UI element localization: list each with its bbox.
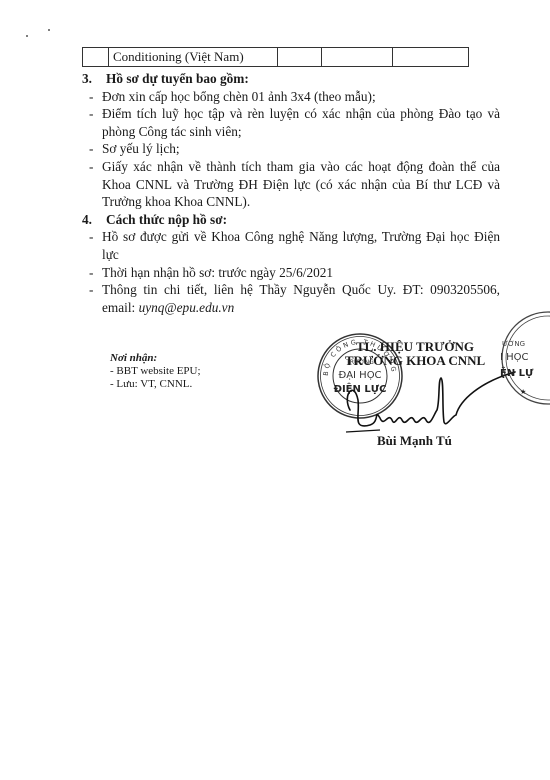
partial-stamp: ƯỜNG I HỌC ỆN LỰ ★ bbox=[500, 308, 550, 408]
stamp-line: ƯỜNG bbox=[502, 339, 525, 348]
table-cell bbox=[393, 48, 469, 67]
recipient-item: - BBT website EPU; bbox=[110, 365, 201, 378]
bullet-dash: - bbox=[82, 158, 102, 211]
table-fragment: Conditioning (Việt Nam) bbox=[82, 47, 469, 67]
bullet-dash: - bbox=[82, 88, 102, 106]
signer-name: Bùi Mạnh Tú bbox=[377, 433, 452, 449]
section-number: 3. bbox=[82, 70, 106, 88]
stamp-line: I HỌC bbox=[500, 352, 529, 363]
section-title: Cách thức nộp hồ sơ: bbox=[106, 211, 227, 229]
contact-email-link[interactable]: uynq@epu.edu.vn bbox=[139, 300, 235, 315]
list-item-text: Thời hạn nhận hồ sơ: trước ngày 25/6/202… bbox=[102, 264, 500, 282]
document-body: 3. Hồ sơ dự tuyển bao gồm: -Đơn xin cấp … bbox=[82, 70, 500, 316]
bullet-dash: - bbox=[82, 264, 102, 282]
list-item-text: Thông tin chi tiết, liên hệ Thầy Nguyễn … bbox=[102, 281, 500, 316]
recipient-item: - Lưu: VT, CNNL. bbox=[110, 378, 201, 391]
signature-block: TL. HIỆU TRƯỞNG TRƯỞNG KHOA CNNL bbox=[330, 340, 500, 368]
bullet-dash: - bbox=[82, 140, 102, 158]
list-item: -Điểm tích luỹ học tập và rèn luyện có x… bbox=[82, 105, 500, 140]
list-item: -Thời hạn nhận hồ sơ: trước ngày 25/6/20… bbox=[82, 264, 500, 282]
list-item: -Hồ sơ được gửi về Khoa Công nghệ Năng l… bbox=[82, 228, 500, 263]
star-icon: ★ bbox=[520, 388, 526, 396]
table-cell bbox=[83, 48, 109, 67]
table-cell bbox=[322, 48, 393, 67]
table-cell bbox=[278, 48, 322, 67]
scan-speck bbox=[26, 35, 28, 37]
list-item: -Thông tin chi tiết, liên hệ Thầy Nguyễn… bbox=[82, 281, 500, 316]
stamp-line: ỆN LỰ bbox=[500, 366, 534, 379]
table-row: Conditioning (Việt Nam) bbox=[83, 48, 469, 67]
list-item: -Sơ yếu lý lịch; bbox=[82, 140, 500, 158]
table-cell: Conditioning (Việt Nam) bbox=[109, 48, 278, 67]
list-item-text: Đơn xin cấp học bổng chèn 01 ảnh 3x4 (th… bbox=[102, 88, 500, 106]
section-number: 4. bbox=[82, 211, 106, 229]
section-title: Hồ sơ dự tuyển bao gồm: bbox=[106, 70, 249, 88]
scan-speck bbox=[48, 29, 50, 31]
bullet-dash: - bbox=[82, 105, 102, 140]
list-item-text: Giấy xác nhận về thành tích tham gia vào… bbox=[102, 158, 500, 211]
list-item-text: Sơ yếu lý lịch; bbox=[102, 140, 500, 158]
list-item-text: Điểm tích luỹ học tập và rèn luyện có xá… bbox=[102, 105, 500, 140]
recipients-block: Nơi nhận: - BBT website EPU; - Lưu: VT, … bbox=[110, 352, 201, 391]
bullet-dash: - bbox=[82, 228, 102, 263]
list-item-text: Hồ sơ được gửi về Khoa Công nghệ Năng lư… bbox=[102, 228, 500, 263]
recipients-title: Nơi nhận: bbox=[110, 352, 201, 365]
list-item: -Đơn xin cấp học bổng chèn 01 ảnh 3x4 (t… bbox=[82, 88, 500, 106]
section-heading: 3. Hồ sơ dự tuyển bao gồm: bbox=[82, 70, 500, 88]
list-item: -Giấy xác nhận về thành tích tham gia và… bbox=[82, 158, 500, 211]
section-heading: 4. Cách thức nộp hồ sơ: bbox=[82, 211, 500, 229]
bullet-dash: - bbox=[82, 281, 102, 316]
signature-title: TL. HIỆU TRƯỞNG bbox=[330, 340, 500, 354]
signature-title: TRƯỞNG KHOA CNNL bbox=[330, 354, 500, 368]
